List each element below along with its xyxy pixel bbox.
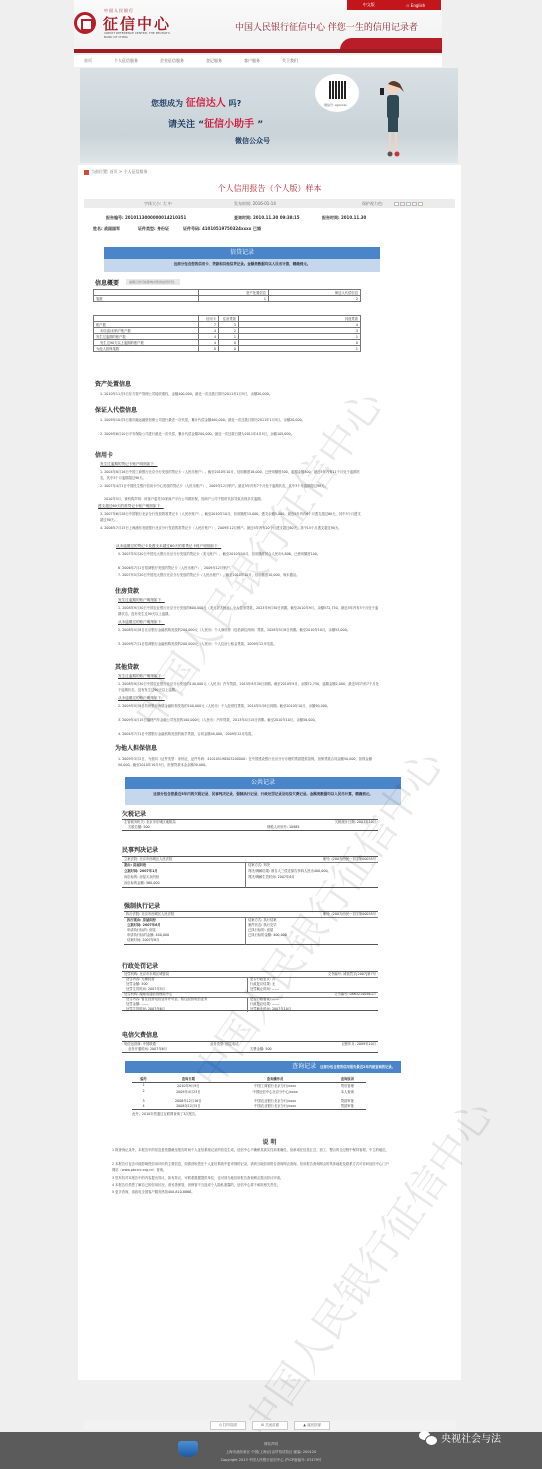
table-row: 为他人担保笔数001 <box>94 346 361 352</box>
logo-english: CREDIT REFERENCE CENTER, THE PEOPLE'S BA… <box>104 31 174 39</box>
housing-sub2: 从未逾期过的账户明细如下： <box>118 620 165 625</box>
nav-personal[interactable]: 个人征信服务 <box>114 58 138 64</box>
credit-card-sub1: 发生过逾期的贷记卡账户明细如下： <box>100 462 158 467</box>
qr-caption: 微信号: zgzxxzs <box>324 103 347 107</box>
lang-english-link[interactable]: ✩ English <box>406 3 425 8</box>
banner-line-1: 您想成为 征信达人 吗? <box>151 94 241 109</box>
note-item: 2 本报告仅包含可能影响您信用评价的主要信息，如需获取您在个人征信系统中更详细的… <box>112 1161 392 1173</box>
other-loan-title: 其他贷款 <box>115 662 139 671</box>
report-number: 报告编号: 2010113000000014210351 <box>106 215 186 221</box>
credit-card-title: 信用卡 <box>95 450 113 459</box>
person-name: 姓名: 战国国军 <box>93 226 120 232</box>
footer-statement[interactable]: 网站声明 <box>171 1442 371 1447</box>
publish-date: 发布时间: 2016-01-14 <box>234 201 276 207</box>
table-row: 笔数12 <box>94 296 361 302</box>
font-size-control[interactable]: 字体大小: 大 中 <box>144 201 172 207</box>
public-section-subtitle: 这部分包含您最近5年内的欠税记录、民事判决记录、强制执行记录、行政处罚记录及电信… <box>125 789 401 805</box>
public-section-header: 公共记录 <box>125 777 401 789</box>
back-to-top-button[interactable]: ▲ 返回顶部 <box>294 1421 330 1430</box>
civil-title: 民事判决记录 <box>122 845 158 854</box>
header-divider <box>74 49 442 53</box>
credit-card-item: 3. 2007年6月28日中国银行北京分行发放的准贷记卡（人民币账户）。截至20… <box>100 511 362 523</box>
lang-chinese-link[interactable]: 中文版 <box>363 2 375 8</box>
credit-section-subtitle: 这部分包含您的信用卡、贷款和其他信贷记录。金额类数据均以人民币计算，精确到元。 <box>104 259 380 272</box>
guarantee-item: 1. 2009年3月2日，为张四（证件类型：身份证，证件号码：410105198… <box>118 756 380 768</box>
language-bar: 中文版 ✩ English <box>347 0 441 10</box>
banner-line-2: 请关注 “征信小助手 ” <box>168 115 263 130</box>
tax-title: 欠税记录 <box>122 809 146 818</box>
wechat-brand-overlay: 央视社会与法 <box>419 1430 501 1445</box>
main-nav: 首页 个人征信服务 企业征信服务 登记服务 客户服务 关于我们 <box>74 55 442 67</box>
credit-section-header: 信贷记录 <box>104 247 380 259</box>
table-row: 32008年12月16日中国农业银行北京分行/xxxx贷款审批 <box>132 1094 366 1103</box>
footer-copyright: Copyright 2013 中国人民银行征信中心 沪ICP备编号: 07479… <box>171 1458 371 1463</box>
report-time: 报告时间: 2010.11.30 <box>322 215 366 221</box>
color-swatches[interactable] <box>394 202 423 206</box>
note-item: 1 除查询记录外，本报告中的信息是依据截至报告时间个人征信系统记录的信息生成，征… <box>112 1147 392 1153</box>
site-slogan: 中国人民银行征信中心 伴您一生的信用记录者 <box>235 20 418 33</box>
query-note: 此外，2010年您通过互联网查询了3次报告。 <box>132 1111 199 1117</box>
nav-home[interactable]: 首页 <box>84 58 92 64</box>
housing-loan-title: 住房贷款 <box>115 586 139 595</box>
summary-table-2: 信用卡住房贷款其他贷款 账户数734 未结清/未销户账户数423 发生过逾期的账… <box>93 315 361 352</box>
housing-item: 3. 2009年7月1日招商银行金融机构发放的200,000元（人民币）个人住房… <box>118 641 380 647</box>
housing-item: 2. 2008年5月8日北京银行金融机构发放的200,000元（人民币）个人商用… <box>118 627 380 633</box>
close-button[interactable]: ☒ 关闭页面 <box>252 1421 288 1430</box>
nav-registration[interactable]: 登记服务 <box>206 58 222 64</box>
nav-enterprise[interactable]: 企业征信服务 <box>160 58 184 64</box>
housing-sub1: 发生过逾期的账户明细如下： <box>118 598 165 603</box>
table-row: 42008年12月5日中国农业银行北京分行/xxxx贷款审批 <box>132 1103 366 1109</box>
credit-card-sub3: 从未逾期过的贷记卡及透支未超过60天的准贷记卡账户明细如下： <box>116 544 221 549</box>
summary-table-1: 资产处置信息保证人代偿信息 笔数12 <box>93 289 361 302</box>
wechat-icon <box>419 1431 437 1445</box>
promo-banner[interactable]: 您想成为 征信达人 吗? 请关注 “征信小助手 ” 微信公众号 微信号: zgz… <box>80 68 458 163</box>
guarantee-title: 为他人担保信息 <box>115 743 157 752</box>
id-number: 证件号码: 41010519750324xxxx <box>183 226 251 232</box>
query-section-header: 查询记录 这部分包含您的信用报告最近2年内被查询的记录。 <box>125 1061 401 1073</box>
notes-title: 说 明 <box>78 1137 461 1146</box>
query-time: 查询时间: 2010.11.30 09:38:15 <box>234 215 300 221</box>
asset-disposal-title: 资产处置信息 <box>95 379 131 388</box>
credit-card-sub2: 透支超过60天的准贷记卡账户明细如下： <box>98 504 164 509</box>
page-actions: ⎙ 打印页面 ☒ 关闭页面 ▲ 返回顶部 <box>84 1420 456 1430</box>
admin-penalty-title: 行政处罚记录 <box>122 961 158 970</box>
tax-record: 主管税务机关: 北京市东城区地税局 欠税统计日期: 2007年10月 欠税总额:… <box>122 819 378 831</box>
note-item: 5 更多咨询，请致电全国客户服务热线400-810-8866。 <box>112 1189 392 1195</box>
mascot-illustration <box>378 78 408 158</box>
footer-address: 上海市浦东新区 中国(上海)自由贸易试验区 邮编: 200120 <box>171 1450 371 1455</box>
credit-card-item: 4. 2006年7月15日上海浦东发展银行北京分行发放的准贷记卡（人民币账户），… <box>100 525 362 531</box>
breadcrumb: 当前位置: 首页 > 个人征信服务 <box>84 169 148 175</box>
page-title: 个人信用报告（个人版）样本 <box>78 183 461 194</box>
asset-item: 1. 2010年11月5日东方资产管理公司接收债权，金额400,000。最近一次… <box>100 391 370 397</box>
summary-title: 信息概要 <box>95 278 119 287</box>
query-section-subtitle: 这部分包含您的信用报告最近2年内被查询的记录。 <box>320 1061 395 1073</box>
nav-about[interactable]: 关于我们 <box>282 58 298 64</box>
query-table: 编号查询日期查询操作员查询原因 12010年9月9日中国工商银行北京分行/xxx… <box>132 1076 366 1110</box>
banner-line-3: 微信公众号 <box>235 136 270 146</box>
report-page: 当前位置: 首页 > 个人征信服务 个人信用报告（个人版）样本 字体大小: 大 … <box>78 165 461 1380</box>
note-item: 4 本报告仅供您了解自己的信用状况，请妥善保管，因保管不当造成个人隐私泄露的，征… <box>112 1182 392 1188</box>
guarantor-title: 保证人代偿信息 <box>95 405 137 414</box>
article-info-bar: 字体大小: 大 中 发布时间: 2016-01-14 保护视力色: <box>84 199 455 208</box>
telecom-title: 电信欠费信息 <box>122 1030 158 1039</box>
qr-code-icon <box>329 81 347 99</box>
note-item: 3 您有权对本报告中的内容提出异议，如有异议，可联系数据提供单位，也可到当地信用… <box>112 1175 392 1181</box>
id-type: 证件类型: 身份证 <box>138 226 169 232</box>
marital-status: 已婚 <box>253 226 261 232</box>
eye-protect-color: 保护视力色: <box>362 201 383 207</box>
logo-icon[interactable] <box>74 12 96 34</box>
print-button[interactable]: ⎙ 打印页面 <box>210 1421 246 1430</box>
nav-customer[interactable]: 客户服务 <box>244 58 260 64</box>
summary-note: 逾期记录可能影响对您的信用评价。 <box>126 279 180 285</box>
location-icon <box>84 170 89 175</box>
enforcement-title: 强制执行记录 <box>124 901 160 910</box>
